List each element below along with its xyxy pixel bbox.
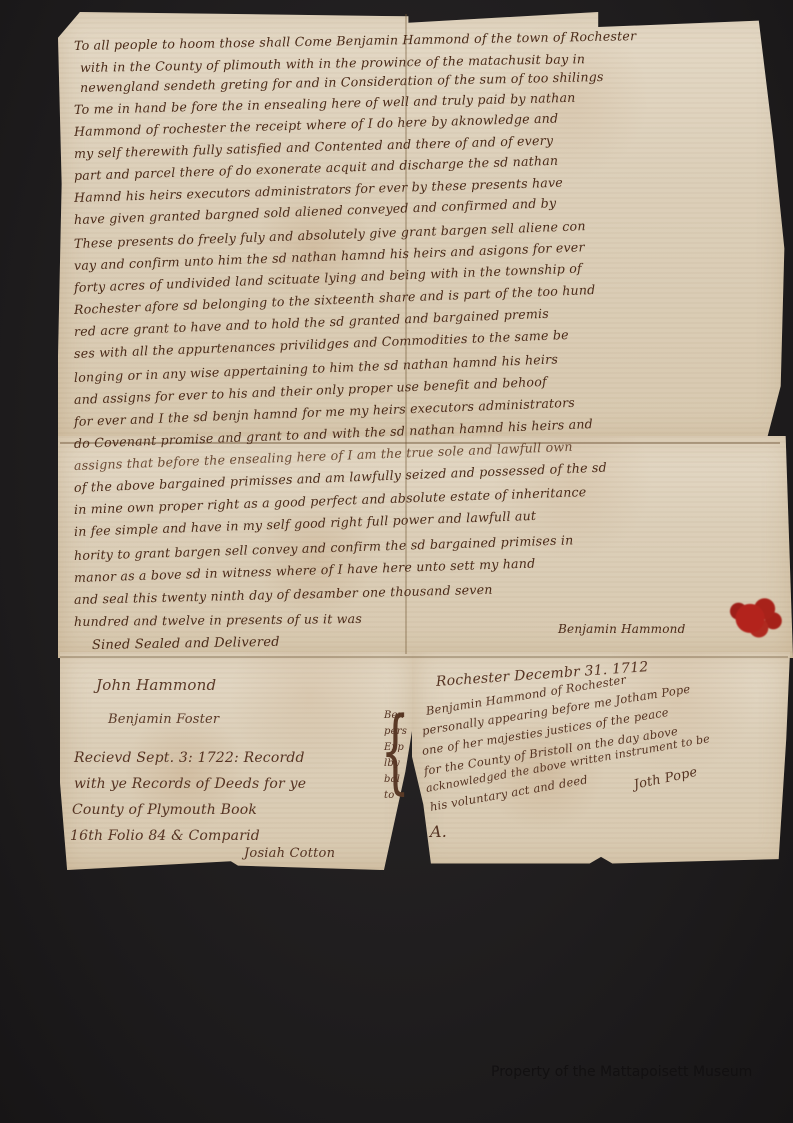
margin-fragment: Ben: [384, 710, 404, 721]
grantor-signature: Benjamin Hammond: [558, 622, 686, 636]
margin-fragment: pers: [384, 726, 407, 737]
deed-line: hundred and twelve in presents of us it …: [74, 611, 362, 629]
recording-clerk-signature: Josiah Cotton: [244, 846, 335, 861]
recording-note-line: 16th Folio 84 & Comparid: [70, 828, 260, 844]
margin-fragment: bal: [384, 774, 400, 785]
witness-signature: John Hammond: [96, 676, 216, 694]
margin-fragment: lby: [384, 758, 400, 769]
fold-crease-horizontal-lower: [60, 656, 788, 658]
wax-seal: [724, 592, 782, 640]
corner-mark: A.: [430, 822, 447, 841]
recording-note-line: County of Plymouth Book: [72, 802, 257, 818]
margin-fragment: to: [384, 790, 394, 801]
witness-signature: Benjamin Foster: [108, 712, 219, 727]
recording-note-line: Recievd Sept. 3: 1722: Recordd: [74, 750, 305, 766]
museum-watermark: Property of the Mattapoisett Museum: [491, 1064, 752, 1080]
margin-fragment: Exp: [384, 742, 404, 753]
recording-note-line: with ye Records of Deeds for ye: [74, 776, 306, 792]
